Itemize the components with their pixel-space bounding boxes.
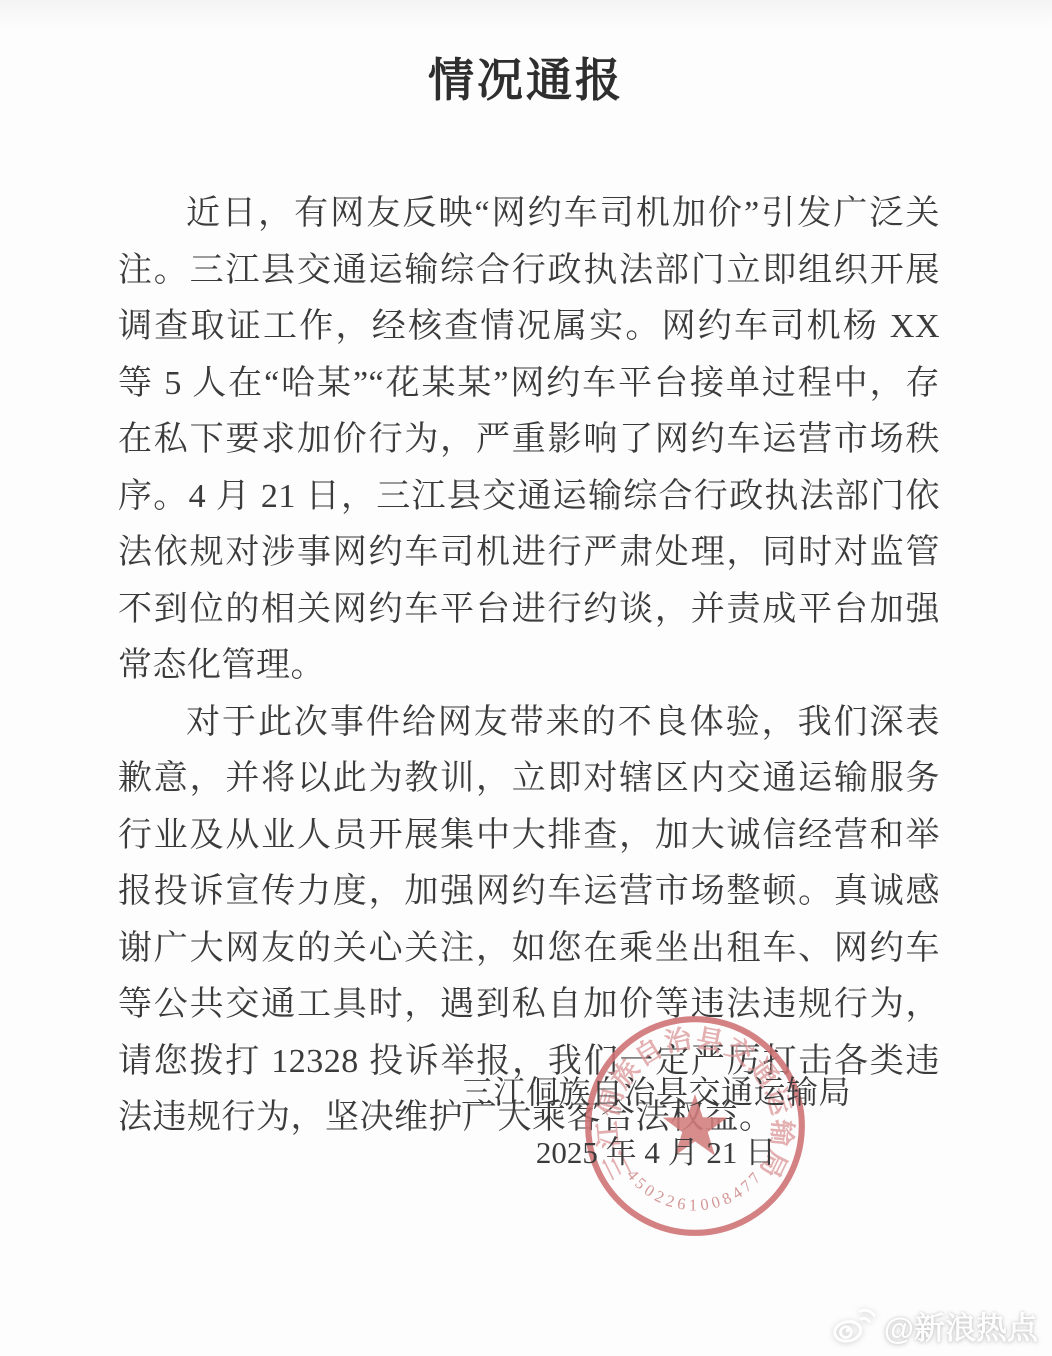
issue-date: 2025 年 4 月 21 日 [446,1127,866,1172]
official-seal: 三江侗族自治县交通运输局 4502261008477 [582,1013,808,1239]
document-body: 近日，有网友反映“网约车司机加价”引发广泛关注。三江县交通运输综合行政执法部门立… [118,186,940,1147]
signature-block: 三江侗族自治县交通运输局 4502261008477 三江侗族自治县交通运输局 … [0,1005,1052,1285]
watermark: @新浪热点 [831,1303,1038,1348]
issuer-name: 三江侗族自治县交通运输局 [446,1067,866,1113]
page-title: 情况通报 [0,0,1052,110]
notice-document-page: 情况通报 近日，有网友反映“网约车司机加价”引发广泛关注。三江县交通运输综合行政… [0,0,1052,1356]
seal-serial-number: 4502261008477 [623,1166,767,1215]
paragraph-investigation: 近日，有网友反映“网约车司机加价”引发广泛关注。三江县交通运输综合行政执法部门立… [118,186,940,695]
watermark-handle: @新浪热点 [884,1303,1038,1348]
weibo-logo-icon [831,1306,877,1346]
